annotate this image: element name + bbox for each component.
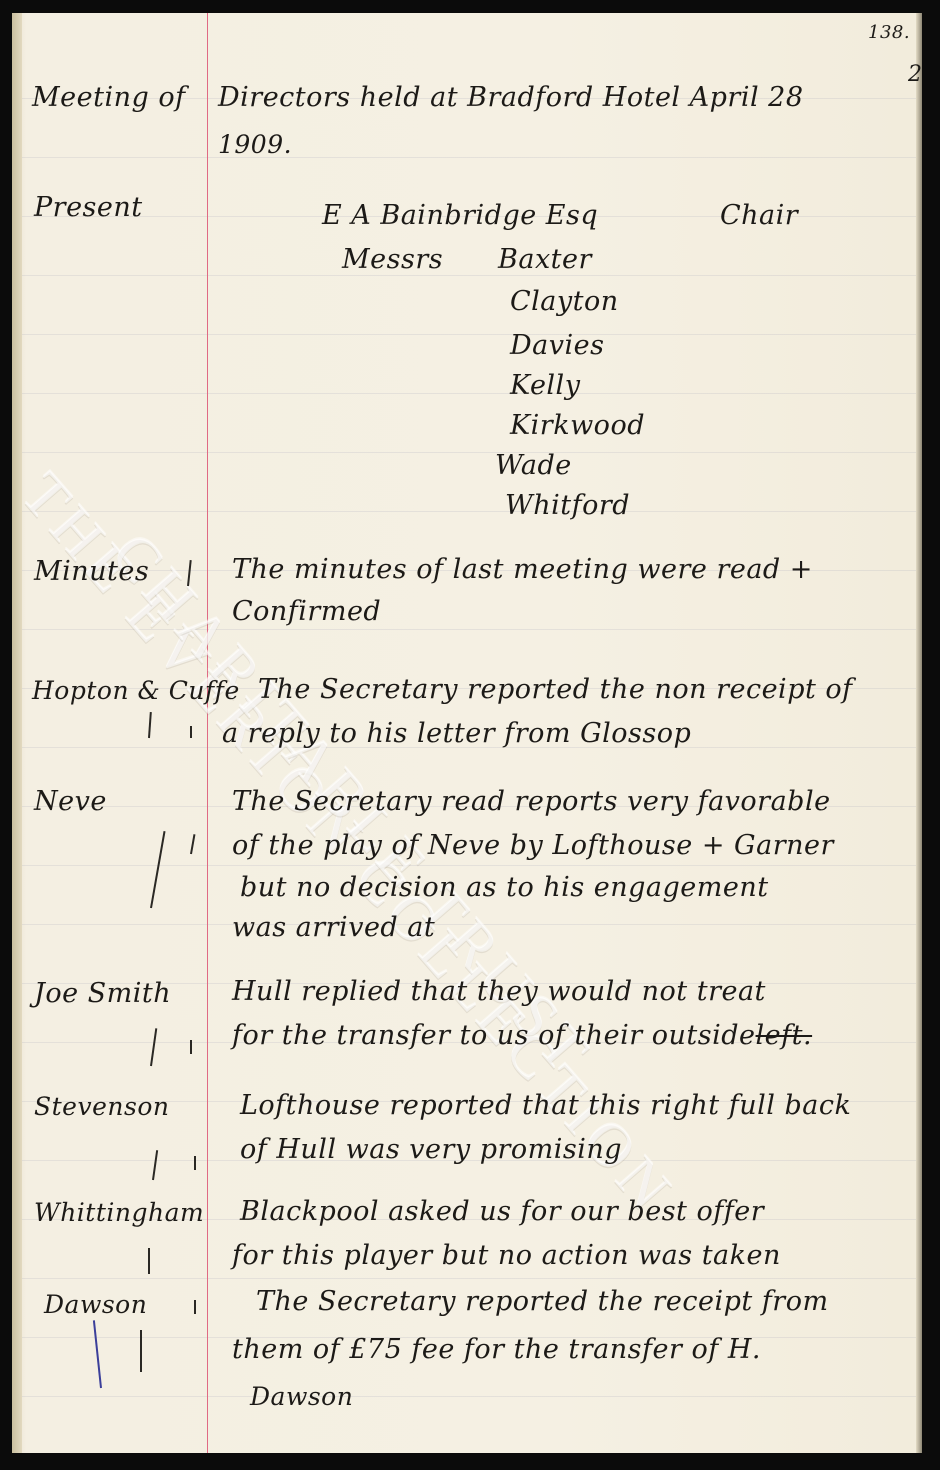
red-margin-line: [207, 13, 208, 1453]
neve-line-1: The Secretary read reports very favorabl…: [232, 786, 831, 817]
dawson-line-2: them of £75 fee for the transfer of H.: [232, 1334, 761, 1365]
check-mark-icon: [194, 1156, 196, 1170]
neve-line-4: was arrived at: [232, 912, 435, 943]
hopton-cuffe-line-1: The Secretary reported the non receipt o…: [258, 674, 853, 705]
whittingham-line-1: Blackpool asked us for our best offer: [240, 1196, 764, 1227]
corner-mark: 2: [908, 62, 923, 87]
minutes-margin-label: Minutes: [34, 556, 149, 587]
hopton-cuffe-line-2: a reply to his letter from Glossop: [222, 718, 691, 749]
member-name: Kirkwood: [510, 410, 645, 441]
member-name: Clayton: [510, 286, 619, 317]
whittingham-line-2: for this player but no action was taken: [232, 1240, 781, 1271]
member-name: Kelly: [510, 370, 580, 401]
hopton-cuffe-margin-label: Hopton & Cuffe: [32, 676, 240, 705]
member-name: Whitford: [505, 490, 630, 521]
member-name: Davies: [510, 330, 604, 361]
check-mark-icon: [140, 1330, 142, 1372]
page-number: 138.: [868, 22, 910, 43]
page-left-edge: [12, 13, 22, 1453]
minutes-line-1: The minutes of last meeting were read +: [232, 554, 813, 585]
joe-smith-line-1: Hull replied that they would not treat: [232, 976, 766, 1007]
whittingham-margin-label: Whittingham: [34, 1198, 204, 1227]
dawson-margin-label: Dawson: [44, 1290, 147, 1319]
minutes-line-2: Confirmed: [232, 596, 381, 627]
joe-smith-line-2-text: for the transfer to us of their outside: [232, 1020, 756, 1051]
struck-word: left.: [756, 1020, 813, 1051]
joe-smith-margin-label: Joe Smith: [34, 978, 171, 1009]
heading-line-2: 1909.: [218, 130, 292, 159]
neve-line-3: but no decision as to his engagement: [240, 872, 769, 903]
present-margin-label: Present: [34, 192, 143, 223]
check-mark-icon: [190, 1040, 192, 1054]
messrs-label: Messrs: [342, 244, 443, 275]
heading-line-1: Directors held at Bradford Hotel April 2…: [218, 82, 804, 113]
chair-name: E A Bainbridge Esq: [322, 200, 598, 231]
page-right-edge: [916, 13, 922, 1453]
dawson-line-3: Dawson: [250, 1382, 353, 1411]
check-mark-icon: [148, 1248, 150, 1274]
check-mark-icon: [190, 726, 192, 738]
neve-line-2: of the play of Neve by Lofthouse + Garne…: [232, 830, 834, 861]
stevenson-line-2: of Hull was very promising: [240, 1134, 622, 1165]
stevenson-line-1: Lofthouse reported that this right full …: [240, 1090, 851, 1121]
joe-smith-line-2: for the transfer to us of their outsidel…: [232, 1020, 812, 1051]
heading-margin-label: Meeting of: [32, 82, 186, 113]
member-name: Wade: [495, 450, 572, 481]
dawson-line-1: The Secretary reported the receipt from: [256, 1286, 829, 1317]
check-mark-icon: [194, 1300, 196, 1314]
stevenson-margin-label: Stevenson: [34, 1092, 169, 1121]
neve-margin-label: Neve: [34, 786, 107, 817]
member-name: Baxter: [498, 244, 592, 275]
chair-role: Chair: [720, 200, 798, 231]
